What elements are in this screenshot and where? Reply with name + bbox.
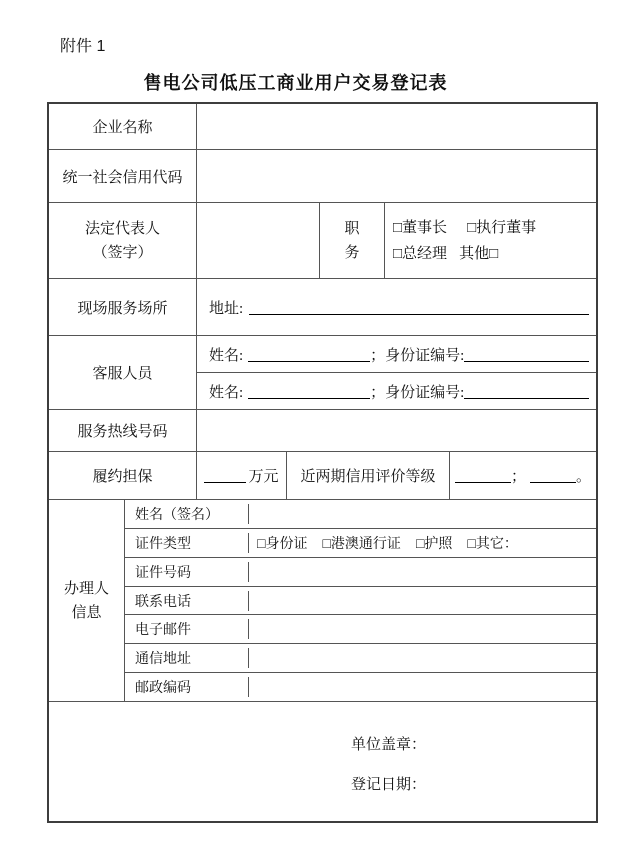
page-title: 售电公司低压工商业用户交易登记表	[0, 69, 591, 95]
executive-director-checkbox[interactable]: □执行董事	[467, 215, 536, 241]
customer-service-rows: 姓名: ；身份证编号: 姓名: ；身份证编号:	[197, 336, 596, 409]
document-page: 附件 1 售电公司低压工商业用户交易登记表 企业名称 统一社会信用代码 法定代表…	[0, 0, 621, 845]
guarantee-amount-blank-field[interactable]	[204, 468, 246, 483]
agent-row-name: 姓名（签名）	[125, 500, 596, 529]
stamp-label: 单位盖章：	[351, 736, 426, 755]
credit-grade-blank-1[interactable]	[455, 468, 511, 483]
agent-row-postal-code: 邮政编码	[125, 673, 596, 701]
postal-code-label: 邮政编码	[125, 677, 249, 697]
row-legal-representative: 法定代表人 （签字） 职 务 □董事长 □执行董事 □总经理 其他□	[49, 203, 596, 279]
credit-rating-cell: ； 。	[450, 452, 596, 499]
address-label: 地址:	[209, 297, 243, 318]
row-credit-code: 统一社会信用代码	[49, 150, 596, 203]
customer-service-row-1: 姓名: ；身份证编号:	[197, 336, 596, 373]
cs2-id-blank-field[interactable]	[464, 384, 589, 399]
cs2-name-blank-field[interactable]	[248, 384, 370, 399]
duty-options: □董事长 □执行董事 □总经理 其他□	[385, 203, 596, 278]
duty-options-line2: □总经理 其他□	[393, 241, 498, 267]
chairman-checkbox[interactable]: □董事长	[393, 215, 447, 241]
row-agent-info: 办理人 信息 姓名（签名） 证件类型 □身份证 □港澳通行证 □护照 □其它：	[49, 500, 596, 702]
other-duty-checkbox[interactable]: 其他□	[459, 241, 498, 267]
agent-row-cert-number: 证件号码	[125, 558, 596, 587]
guarantee-label: 履约担保	[49, 452, 197, 499]
agent-info-label: 办理人 信息	[49, 500, 125, 701]
row-hotline: 服务热线号码	[49, 410, 596, 452]
agent-row-email: 电子邮件	[125, 615, 596, 644]
date-label: 登记日期：	[351, 776, 426, 795]
cs2-id-label: ；身份证编号:	[370, 381, 464, 402]
agent-info-rows: 姓名（签名） 证件类型 □身份证 □港澳通行证 □护照 □其它：	[125, 500, 596, 701]
registration-form-table: 企业名称 统一社会信用代码 法定代表人 （签字） 职 务 □董事长 □执行董事 …	[47, 102, 598, 823]
address-blank-field[interactable]	[249, 300, 589, 315]
credit-rating-label: 近两期信用评价等级	[287, 452, 450, 499]
cert-number-label: 证件号码	[125, 562, 249, 582]
hk-macau-permit-checkbox[interactable]: □港澳通行证	[322, 533, 400, 553]
duty-options-line1: □董事长 □执行董事	[393, 215, 536, 241]
stamp-date-area[interactable]: 单位盖章： 登记日期：	[49, 702, 596, 821]
id-card-checkbox[interactable]: □身份证	[257, 533, 307, 553]
row-guarantee: 履约担保 万元 近两期信用评价等级 ； 。	[49, 452, 596, 500]
credit-grade-blank-2[interactable]	[530, 468, 576, 483]
company-name-label: 企业名称	[49, 104, 197, 149]
credit-code-field[interactable]	[197, 150, 596, 202]
legal-rep-signature-field[interactable]	[197, 203, 320, 278]
general-manager-checkbox[interactable]: □总经理	[393, 241, 447, 267]
other-cert-checkbox[interactable]: □其它：	[467, 533, 517, 553]
cs1-name-blank-field[interactable]	[248, 347, 370, 362]
service-place-label: 现场服务场所	[49, 279, 197, 335]
credit-separator: ；	[511, 465, 526, 486]
cs1-name-label: 姓名:	[209, 344, 243, 365]
cert-type-options: □身份证 □港澳通行证 □护照 □其它：	[249, 533, 596, 553]
cs2-name-label: 姓名:	[209, 381, 243, 402]
guarantee-unit-label: 万元	[248, 465, 278, 486]
hotline-label: 服务热线号码	[49, 410, 197, 451]
row-company-name: 企业名称	[49, 104, 596, 150]
cs1-id-blank-field[interactable]	[464, 347, 589, 362]
row-customer-service: 客服人员 姓名: ；身份证编号: 姓名: ；身份证编号:	[49, 336, 596, 410]
service-place-cell: 地址:	[197, 279, 596, 335]
cs1-id-label: ；身份证编号:	[370, 344, 464, 365]
customer-service-label: 客服人员	[49, 336, 197, 409]
guarantee-amount-cell: 万元	[197, 452, 287, 499]
attachment-label: 附件 1	[60, 33, 105, 56]
duty-label: 职 务	[320, 203, 385, 278]
passport-checkbox[interactable]: □护照	[416, 533, 452, 553]
hotline-field[interactable]	[197, 410, 596, 451]
row-stamp-date: 单位盖章： 登记日期：	[49, 702, 596, 821]
agent-row-phone: 联系电话	[125, 587, 596, 616]
phone-label: 联系电话	[125, 591, 249, 611]
mailing-address-label: 通信地址	[125, 648, 249, 668]
email-label: 电子邮件	[125, 619, 249, 639]
company-name-field[interactable]	[197, 104, 596, 149]
agent-row-cert-type: 证件类型 □身份证 □港澳通行证 □护照 □其它：	[125, 529, 596, 558]
credit-code-label: 统一社会信用代码	[49, 150, 197, 202]
legal-rep-label: 法定代表人 （签字）	[49, 203, 197, 278]
agent-row-mailing-address: 通信地址	[125, 644, 596, 673]
cert-type-label: 证件类型	[125, 533, 249, 553]
customer-service-row-2: 姓名: ；身份证编号:	[197, 373, 596, 409]
row-service-place: 现场服务场所 地址:	[49, 279, 596, 336]
agent-name-label: 姓名（签名）	[125, 504, 249, 524]
credit-period: 。	[576, 465, 591, 486]
